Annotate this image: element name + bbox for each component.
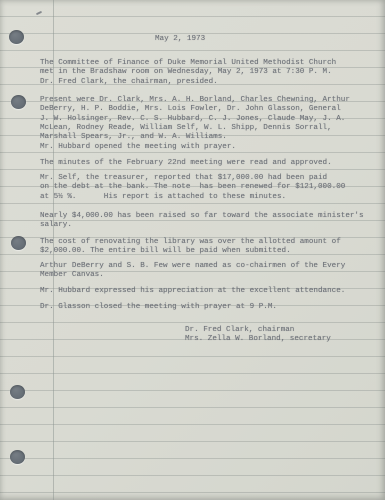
paragraph-opening-prayer: Mr. Hubbard opened the meeting with pray… — [40, 143, 236, 152]
paragraph-library-cost: The cost of renovating the library was o… — [40, 238, 341, 257]
punch-hole — [10, 450, 25, 464]
punch-hole — [9, 30, 24, 44]
scanned-minutes-page: May 2, 1973 The Committee of Finance of … — [0, 0, 385, 500]
pen-mark — [36, 11, 42, 15]
punch-hole — [11, 236, 26, 250]
paragraph-opening: The Committee of Finance of Duke Memoria… — [40, 59, 336, 87]
paragraph-treasurer-report: Mr. Self, the treasurer, reported that $… — [40, 174, 345, 202]
paragraph-attendees: Present were Dr. Clark, Mrs. A. H. Borla… — [40, 96, 350, 142]
signature-block: Dr. Fred Clark, chairman Mrs. Zella W. B… — [185, 326, 331, 345]
paragraph-canvas-chairmen: Arthur DeBerry and S. B. Few were named … — [40, 262, 345, 281]
paragraph-appreciation: Mr. Hubbard expressed his appreciation a… — [40, 287, 345, 296]
paragraph-minister-salary: Nearly $4,000.00 has been raised so far … — [40, 212, 364, 231]
paragraph-minutes-approved: The minutes of the February 22nd meeting… — [40, 159, 332, 168]
date-line: May 2, 1973 — [155, 35, 205, 44]
paragraph-closing-prayer: Dr. Glasson closed the meeting with pray… — [40, 303, 277, 312]
punch-hole — [10, 385, 25, 399]
punch-hole — [11, 95, 26, 109]
